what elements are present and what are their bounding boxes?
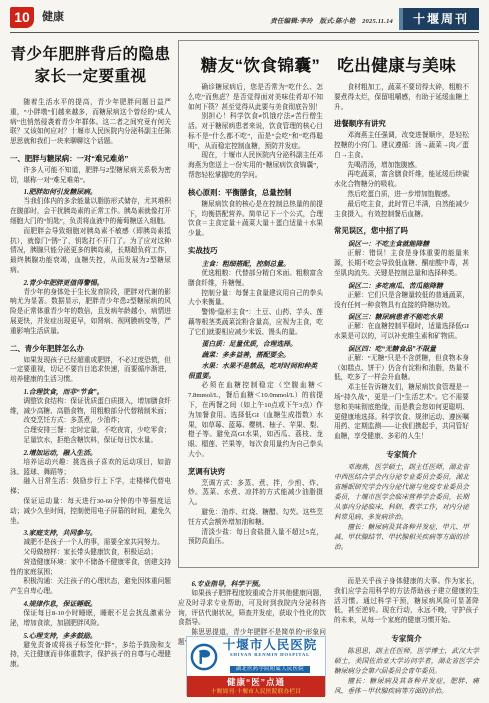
diabetes-column-right: 食材粗加工，蔬菜不要切得太碎，粗粮不要煮得太烂，保留咀嚼感，有助于延缓血糖上升。… [334,83,469,553]
paragraph: 改变烹饪方式：多蒸煮，少油炸； [10,416,171,426]
lead-in: 误区一：不吃主食就能降糖 [334,238,469,248]
diabetes-heading-order: 进餐顺序有讲究 [334,118,469,129]
paragraph: 当我们体内的多余能量以脂肪形式储存，尤其堆积在腹部时，会干扰胰岛素的正常工作。胰… [10,197,171,226]
sub-heading: 4.规律作息，保证睡眠。 [10,598,171,608]
editor-credits: 责任编辑:李玲 版式:陈小艳 2025.11.14 [270,16,393,25]
paragraph: 青少年的身体处于生长发育阶段，肥胖对代谢的影响尤为显著。数据显示，肥胖青少年患2… [10,288,171,337]
diabetes-columns: 确诊糖尿病后，您是否常为“吃什么、怎么吃”而焦虑？是否觉得面对美味佳肴却不知如何… [179,83,478,553]
diabetes-article-box: 糖友“饮食锦囊” 吃出健康与美味 确诊糖尿病后，您是否常为“吃什么、怎么吃”而焦… [178,40,479,568]
diabetes-article-title: 糖友“饮食锦囊” 吃出健康与美味 [183,52,474,76]
sub-heading: 1.合理饮食，而非“节食”。 [10,386,171,396]
paragraph: 足量饮水，拒绝含糖饮料，保证每日饮水量。 [10,436,171,446]
paragraph: 许多人可能不知道，肥胖与2型糖尿病关系极为密切，堪称一对“难兄难弟”。 [10,166,171,186]
obesity-intro: 随着生活水平的提高，青少年肥胖问题日益严重，“小胖墩”们越来越多，而糖尿病这个曾… [10,98,171,147]
masthead-title: 十堰周刊 [399,8,479,30]
hospital-affiliation: 湖北医药学院附属人民医院 [230,666,310,673]
paragraph: 食材粗加工，蔬菜不要切得太碎，粗粮不要煮得太烂，保留咀嚼感，有助于延缓血糖上升。 [334,83,469,112]
newspaper-page: 10 健康 责任编辑:李玲 版式:陈小艳 2025.11.14 十堰周刊 青少年… [0,0,489,703]
page-number-badge: 10 [10,7,34,28]
paragraph: 而肥胖会导致细胞对胰岛素不敏感（即胰岛素抵抗），就像门“锈”了，钥匙打不开门了。… [10,227,171,276]
paragraph: 避免：油炸、红烧、糖醋、勾芡。这些烹饪方式会额外增加油和糖。 [188,508,323,528]
paragraph: 父母做榜样：家长带头健康饮食，积极运动； [10,548,171,558]
diabetes-heading-core: 核心原则：平衡膳食，总量控制 [188,187,323,198]
diabetes-column-left: 确诊糖尿病后，您是否常为“吃什么、怎么吃”而焦虑？是否觉得面对美味佳肴却不知如何… [188,83,323,553]
lead-in: 误区二：多吃南瓜、苦瓜能降糖 [334,280,469,290]
paragraph: 别担心！科学饮食≠饥饿疗法≠苦行僧生活。对于糖尿病患者来说，饮食管理的核心目标不… [188,112,323,151]
hospital-ad-text: 十堰市人民医院 SHIYAN RENMIN HOSPITAL 湖北医药学院附属人… [218,639,322,673]
hospital-name-en: SHIYAN RENMIN HOSPITAL [218,653,322,658]
section-label: 健康 [42,7,64,28]
paragraph: 现在，十堰市人民医院内分泌科副主任邓海燕为您送上一份实用的“糖尿病饮食锦囊”，帮… [188,151,323,180]
paragraph: 确诊糖尿病后，您是否常为“吃什么、怎么吃”而焦虑？是否觉得面对美味佳肴却不知如何… [188,83,323,112]
obesity-title-line1: 青少年肥胖背后的隐患 [10,44,171,66]
paragraph: 积极沟通：关注孩子的心理状态，避免因体重问题产生自卑心理。 [10,577,171,597]
paragraph: 必须在血糖控制稳定（空腹血糖＜7.8mmol/L，餐后血糖＜10.0mmol/L… [188,381,323,459]
expert-profile-heading: 专家简介 [334,633,479,644]
paragraph: 培养运动兴趣：挑选孩子喜欢的运动项目，如游泳、篮球、舞蹈等； [10,458,171,478]
paragraph: 邓海燕主任强调，改变进餐顺序，是轻松控糖的小窍门。建议遵循：汤→蔬菜→肉／蛋白→… [334,131,469,160]
sub-heading: 2.青少年肥胖更值得警惕。 [10,277,171,287]
obesity-article: 青少年肥胖背后的隐患 家长一定要重视 随着生活水平的提高，青少年肥胖问题日益严重… [10,44,171,670]
paragraph: 如果发现孩子已经超重或肥胖，不必过度恐慌，但一定要重视，切记不要盲目追求快速，而… [10,356,171,385]
obesity-heading-2: 二、青少年肥胖怎么办 [10,343,171,354]
paragraph: 保证运动量：每天进行30-60分钟的中等强度运动；减少久坐时间，控制使用电子屏幕… [10,497,171,526]
obesity-title-line2: 家长一定要重视 [10,66,171,88]
paragraph: 保证每日8-10小时睡眠，睡眠不足会扰乱激素分泌，增加食欲，加剧肥胖风险。 [10,609,171,629]
hospital-ad-top: 十堰市人民医院 SHIYAN RENMIN HOSPITAL 湖北医药学院附属人… [187,637,325,676]
paragraph: 避免责备或将孩子标签化“胖”，多给予鼓励和支持，关注健康而非体重数字，保护孩子的… [10,641,171,670]
lead-in: 蔬菜：多多益善，搭配要全。 [188,349,323,359]
lead-in: 误区三：糖尿病患者不能吃水果 [334,311,469,321]
paragraph: 调整饮食结构：保证优质蛋白质摄入，增加膳食纤维，减少高糖、高脂食物，用粗粮部分代… [10,397,171,417]
paragraph: 烹调方式：多蒸、煮、拌，少煎、炸、炒。蒸菜、水煮、凉拌的方式能减少油脂摄入。 [188,479,323,508]
paragraph: 正解：它们只是含糖量较低的普通蔬菜，没有任何一种食物具有直接的降糖功效。 [334,291,469,311]
expert-bio: 擅长：糖尿病及其各种并发症，甲亢、甲减、甲状腺结节、甲状腺相关疾病等方面的诊治。 [334,523,469,553]
page-header: 10 健康 责任编辑:李玲 版式:陈小艳 2025.11.14 十堰周刊 [10,7,479,33]
paragraph: 营造健康环境：家中不储备不健康零食，创建支持性的家庭氛围； [10,558,171,578]
hospital-ad-banner: 健康“医”点通 十堰周刊·十堰市人民医院联办栏目 [187,676,325,697]
expert-bio: 擅长：糖尿病及其各种并发症，肥胖、痛风、垂体－甲状腺疾病等方面的诊治。 [334,677,479,697]
paragraph: 糖尿病饮食的核心是在控制总热量的前提下，均衡搭配营养。简单记下一个公式，合理饮食… [188,200,323,239]
lead-in: 水果：水果不是禁品，吃对时间和种类很重要。 [188,360,323,380]
hospital-name: 十堰市人民医院 [218,639,322,652]
sub-heading: 2.增加运动，融入生活。 [10,447,171,457]
sub-heading: 5.心理支持，多多鼓励。 [10,630,171,640]
paragraph: 减肥不是孩子一个人的事，需要全家共同努力。 [10,538,171,548]
obesity-heading-1: 一、肥胖与糖尿病：一对“难兄难弟” [10,153,171,164]
diabetes-heading-cooking: 烹调有诀窍 [188,466,323,477]
paragraph: 正解：错误！主食是身体重要的能量来源，长期不吃会导致低血糖、酮症酸中毒，甚至肌肉… [334,249,469,278]
lead-in: 误区四：吃“无糖食品”不限量 [334,343,469,353]
paragraph: 合理安排三餐：定时定量，不吃夜宵，少吃零食； [10,426,171,436]
diabetes-heading-myths: 常见误区，您中招了吗 [334,225,469,236]
paragraph: 如果孩子肥胖程度较重或合并其他健康问题，应及时寻求专业帮助，可及时到我院内分泌科… [178,589,326,628]
sub-heading: 3.家庭支持，共同参与。 [10,527,171,537]
expert-bio: 邓海燕，医学硕士，副主任医师，湖北省中西医结合学会内分泌专业委员会委员，湖北省睡… [334,463,469,523]
paragraph: 优选粗粮：代替部分精白米面。粗粮富含膳食纤维，升糖慢。 [188,269,323,289]
diabetes-heading-tips: 实战技巧 [188,245,323,256]
paragraph: 正解：在血糖控制平稳时，适量选择低GI水果是可以的，可以补充维生素和矿物质。 [334,322,469,342]
ad-program-note: 十堰周刊·十堰市人民医院联办栏目 [187,688,325,696]
paragraph: 再吃蔬菜，富含膳食纤维，能延缓后续碳水化合物糖分的吸收。 [334,170,469,190]
sub-heading: 1.肥胖如何引发糖尿病。 [10,186,171,196]
obesity-continuation-right: 而是关乎孩子身体健康的大事。作为家长，我们应学会用科学的方法帮助孩子建立健康的生… [334,577,479,697]
paragraph: 而是关乎孩子身体健康的大事。作为家长，我们应学会用科学的方法帮助孩子建立健康的生… [334,577,479,626]
paragraph: 警惕“隐形主食”：土豆、山药、芋头、莲藕等根茎类蔬菜淀粉含量高，应视为主食，吃了… [188,308,323,337]
paragraph: 然后吃蛋白质，进一步增加饱腹感。 [334,190,469,200]
lead-in: 蛋白质：足量优质，合理选择。 [188,338,323,348]
paragraph: 清淡少盐：每日食盐摄入量不超过5克，预防高血压。 [188,528,323,548]
paragraph: 控制分量：每餐主食量建议用自己的拳头大小来衡量。 [188,289,323,309]
hospital-logo-icon [190,643,218,671]
paragraph: 邓主任告诉糖友们，糖尿病饮食管理是一场“持久战”，更是一门“生活艺术”。它不需要… [334,383,469,442]
sub-heading: 6.专业指导，科学干预。 [178,578,326,588]
paragraph: 先喝清汤，增加饱腹感。 [334,161,469,171]
lead-in: 主食：粗细搭配，控制总量。 [188,258,323,268]
paragraph: 正解：“无糖”只是不含蔗糖，但食物本身（如糕点、饼干）仍含有淀粉和油脂，热量不低… [334,354,469,383]
expert-profile-heading: 专家简介 [334,449,469,460]
obesity-article-title: 青少年肥胖背后的隐患 家长一定要重视 [10,44,171,89]
expert-bio: 陈思思，副主任医师，医学博士，武汉大学硕士，美国佐治亚大学访问学者，湖北省医学会… [334,647,479,677]
paragraph: 融入日常生活：鼓励步行上下学，走楼梯代替电梯； [10,477,171,497]
paragraph: 最后吃主食，此时胃已半满，自然能减少主食摄入，有效控制餐后血糖。 [334,200,469,220]
hospital-ad: 十堰市人民医院 SHIYAN RENMIN HOSPITAL 湖北医药学院附属人… [186,636,326,696]
ad-program-title: 健康“医”点通 [187,677,325,688]
